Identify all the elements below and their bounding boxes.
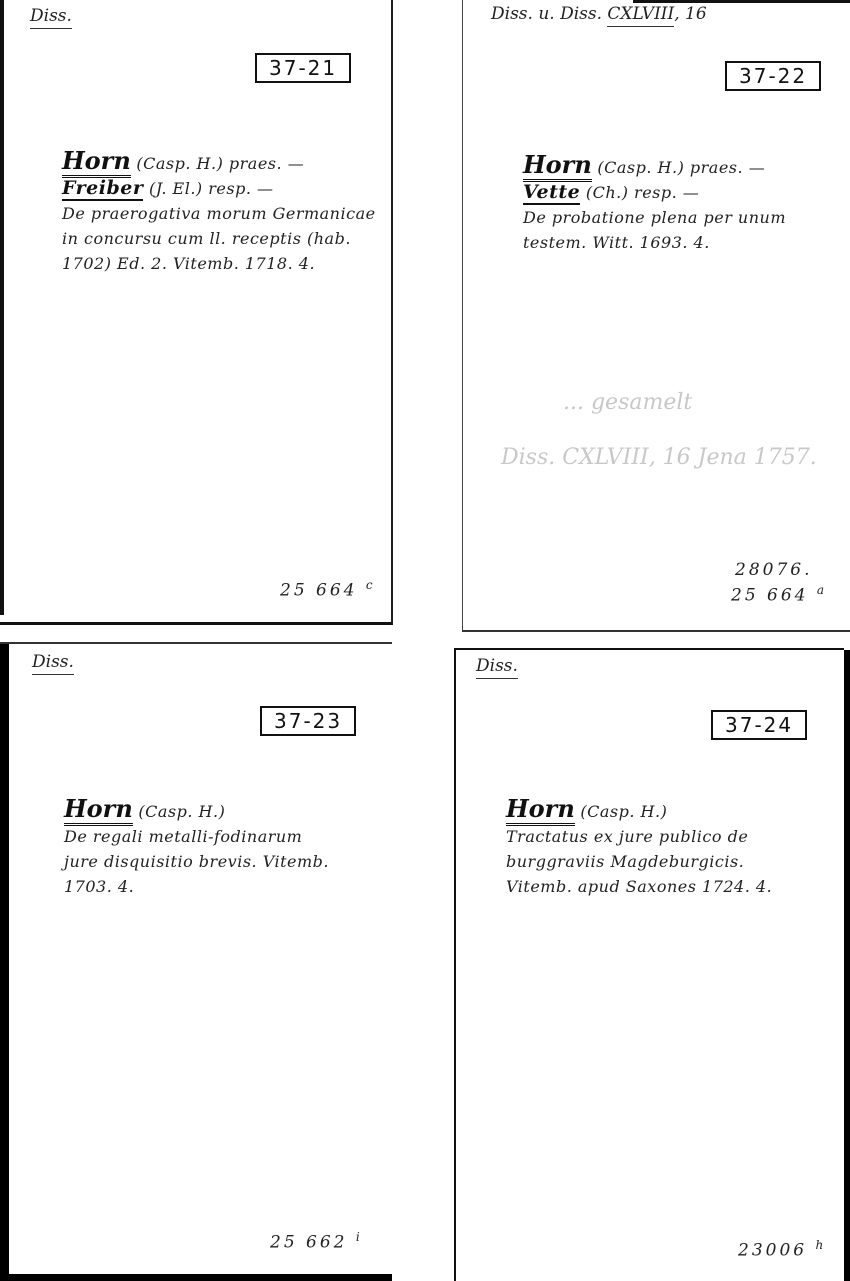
author-initials: (Casp. H.)	[580, 802, 667, 821]
shelfmark-box: 37-21	[255, 53, 351, 83]
author-initials: (Casp. H.)	[597, 158, 684, 177]
respondent-role: resp. —	[634, 183, 699, 202]
classmark: Diss.	[30, 6, 72, 26]
author-initials: (Casp. H.)	[136, 154, 223, 173]
author-role: praes. —	[690, 158, 765, 177]
title-line: jure disquisitio brevis. Vitemb.	[64, 849, 329, 874]
author-name: Horn	[62, 146, 131, 178]
faint-pencil-note: ... gesamelt	[563, 390, 692, 415]
catalog-entry: Horn (Casp. H.) praes. — Vette (Ch.) res…	[523, 152, 786, 255]
respondent-line: Freiber (J. El.) resp. —	[62, 176, 376, 201]
shelfmark-box: 37-23	[260, 706, 356, 736]
catalog-entry: Horn (Casp. H.) Tractatus ex jure public…	[506, 796, 772, 899]
shelfmark-box: 37-24	[711, 710, 807, 740]
title-line: Vitemb. apud Saxones 1724. 4.	[506, 874, 772, 899]
accession-number: 23006 h	[738, 1238, 823, 1261]
respondent-role: resp. —	[208, 179, 273, 198]
author-name: Horn	[523, 150, 592, 182]
author-line: Horn (Casp. H.)	[64, 796, 329, 824]
author-line: Horn (Casp. H.)	[506, 796, 772, 824]
respondent-name: Freiber	[62, 177, 143, 201]
title-line: 1703. 4.	[64, 874, 329, 899]
shelfmark-box: 37-22	[725, 61, 821, 91]
classmark: Diss.	[476, 656, 518, 676]
faint-pencil-note: Diss. CXLVIII, 16 Jena 1757.	[501, 445, 817, 470]
accession-number: 25 664 a	[731, 583, 824, 606]
author-initials: (Casp. H.)	[138, 802, 225, 821]
title-line: burggraviis Magdeburgicis.	[506, 849, 772, 874]
accession-number-old: 28076.	[735, 560, 812, 580]
title-line: in concursu cum ll. receptis (hab.	[62, 226, 376, 251]
title-line: De regali metalli-fodinarum	[64, 824, 329, 849]
title-line: De praerogativa morum Germanicae	[62, 201, 376, 226]
author-name: Horn	[506, 794, 575, 826]
author-role: praes. —	[229, 154, 304, 173]
catalog-card-37-23: Diss. 37-23 Horn (Casp. H.) De regali me…	[0, 642, 392, 1274]
title-line: 1702) Ed. 2. Vitemb. 1718. 4.	[62, 251, 376, 276]
catalog-card-37-22: Diss. u. Diss. CXLVIII, 16 37-22 Horn (C…	[462, 0, 850, 632]
title-line: testem. Witt. 1693. 4.	[523, 230, 786, 255]
respondent-initials: (Ch.)	[586, 183, 629, 202]
classmark: Diss. u. Diss. CXLVIII, 16	[491, 4, 707, 24]
respondent-initials: (J. El.)	[149, 179, 203, 198]
accession-number: 25 662 i	[270, 1230, 360, 1253]
catalog-card-37-24: Diss. 37-24 Horn (Casp. H.) Tractatus ex…	[454, 648, 844, 1281]
author-name: Horn	[64, 794, 133, 826]
catalog-card-37-21: Diss. 37-21 Horn (Casp. H.) praes. — Fre…	[0, 0, 393, 625]
classmark: Diss.	[32, 652, 74, 672]
catalog-entry: Horn (Casp. H.) De regali metalli-fodina…	[64, 796, 329, 899]
title-line: De probatione plena per unum	[523, 205, 786, 230]
author-line: Horn (Casp. H.) praes. —	[523, 152, 786, 180]
author-line: Horn (Casp. H.) praes. —	[62, 148, 376, 176]
respondent-name: Vette	[523, 181, 580, 205]
catalog-entry: Horn (Casp. H.) praes. — Freiber (J. El.…	[62, 148, 376, 276]
title-line: Tractatus ex jure publico de	[506, 824, 772, 849]
respondent-line: Vette (Ch.) resp. —	[523, 180, 786, 205]
accession-number: 25 664 c	[280, 578, 373, 601]
